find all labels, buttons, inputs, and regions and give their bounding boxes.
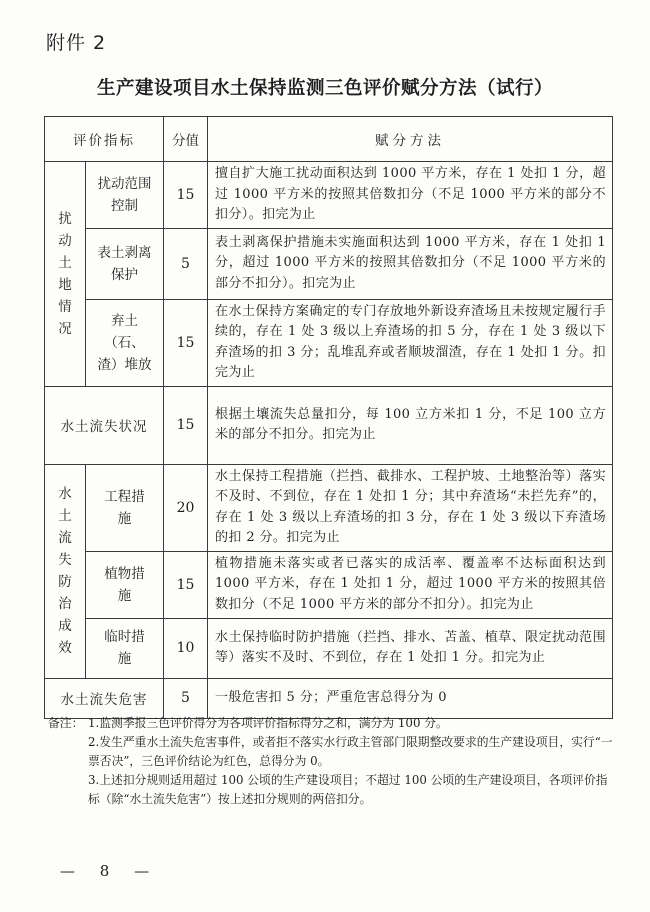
score-cell: 5 xyxy=(164,228,208,299)
note-item: 3.上述扣分规则适用超过 100 公顷的生产建设项目；不超过 100 公顷的生产… xyxy=(48,771,618,809)
scoring-table: 评价指标 分值 赋分方法 扰动土地情况 扰动范围控制 15 擅自扩大施工扰动面积… xyxy=(44,116,613,719)
header-score: 分值 xyxy=(164,117,208,162)
notes-section: 备注： 1.监测季报三色评价得分为各项评价指标得分之和，满分为 100 分。 2… xyxy=(48,714,618,809)
indicator-cell: 临时措施 xyxy=(86,618,164,678)
notes-label: 备注： xyxy=(48,714,88,733)
indicator-cell: 水土流失状况 xyxy=(45,386,164,464)
table-row: 水土流失防治成效 工程措施 20 水土保持工程措施（拦挡、截排水、工程护坡、土地… xyxy=(45,464,613,551)
attachment-label: 附件 2 xyxy=(46,28,106,55)
table-row: 水土流失状况 15 根据土壤流失总量扣分，每 100 立方米扣 1 分，不足 1… xyxy=(45,386,613,464)
table-row: 扰动土地情况 扰动范围控制 15 擅自扩大施工扰动面积达到 1000 平方米，存… xyxy=(45,162,613,229)
note-item: 2.发生严重水土流失危害事件，或者拒不落实水行政主管部门限期整改要求的生产建设项… xyxy=(48,733,618,771)
score-cell: 15 xyxy=(164,551,208,618)
score-cell: 5 xyxy=(164,678,208,718)
header-method: 赋分方法 xyxy=(208,117,613,162)
method-cell: 擅自扩大施工扰动面积达到 1000 平方米，存在 1 处扣 1 分，超过 100… xyxy=(208,162,613,229)
method-cell: 根据土壤流失总量扣分，每 100 立方米扣 1 分，不足 100 立方米的部分不… xyxy=(208,386,613,464)
table-row: 弃土（石、渣）堆放 15 在水土保持方案确定的专门存放地外新设弃渣场且未按规定履… xyxy=(45,299,613,386)
method-cell: 植物措施未落实或者已落实的成活率、覆盖率不达标面积达到 1000 平方米，存在 … xyxy=(208,551,613,618)
score-cell: 20 xyxy=(164,464,208,551)
indicator-cell: 工程措施 xyxy=(86,464,164,551)
header-indicator: 评价指标 xyxy=(45,117,164,162)
indicator-cell: 表土剥离保护 xyxy=(86,228,164,299)
score-cell: 10 xyxy=(164,618,208,678)
table-header-row: 评价指标 分值 赋分方法 xyxy=(45,117,613,162)
method-cell: 水土保持临时防护措施（拦挡、排水、苫盖、植草、限定扰动范围等）落实不及时、不到位… xyxy=(208,618,613,678)
table-row: 植物措施 15 植物措施未落实或者已落实的成活率、覆盖率不达标面积达到 1000… xyxy=(45,551,613,618)
group-label-disturbance: 扰动土地情况 xyxy=(45,162,86,387)
indicator-cell: 扰动范围控制 xyxy=(86,162,164,229)
table-row: 表土剥离保护 5 表土剥离保护措施未实施面积达到 1000 平方米，存在 1 处… xyxy=(45,228,613,299)
note-item: 1.监测季报三色评价得分为各项评价指标得分之和，满分为 100 分。 xyxy=(88,714,618,733)
indicator-cell: 弃土（石、渣）堆放 xyxy=(86,299,164,386)
method-cell: 在水土保持方案确定的专门存放地外新设弃渣场且未按规定履行手续的，存在 1 处 3… xyxy=(208,299,613,386)
score-cell: 15 xyxy=(164,386,208,464)
indicator-cell: 植物措施 xyxy=(86,551,164,618)
document-title: 生产建设项目水土保持监测三色评价赋分方法（试行） xyxy=(0,74,650,100)
indicator-cell: 水土流失危害 xyxy=(45,678,164,718)
group-label-prevention: 水土流失防治成效 xyxy=(45,464,86,678)
method-cell: 一般危害扣 5 分；严重危害总得分为 0 xyxy=(208,678,613,718)
table-row: 水土流失危害 5 一般危害扣 5 分；严重危害总得分为 0 xyxy=(45,678,613,718)
page-number: — 8 — xyxy=(60,862,159,880)
table-row: 临时措施 10 水土保持临时防护措施（拦挡、排水、苫盖、植草、限定扰动范围等）落… xyxy=(45,618,613,678)
method-cell: 水土保持工程措施（拦挡、截排水、工程护坡、土地整治等）落实不及时、不到位，存在 … xyxy=(208,464,613,551)
method-cell: 表土剥离保护措施未实施面积达到 1000 平方米，存在 1 处扣 1 分，超过 … xyxy=(208,228,613,299)
score-cell: 15 xyxy=(164,299,208,386)
score-cell: 15 xyxy=(164,162,208,229)
